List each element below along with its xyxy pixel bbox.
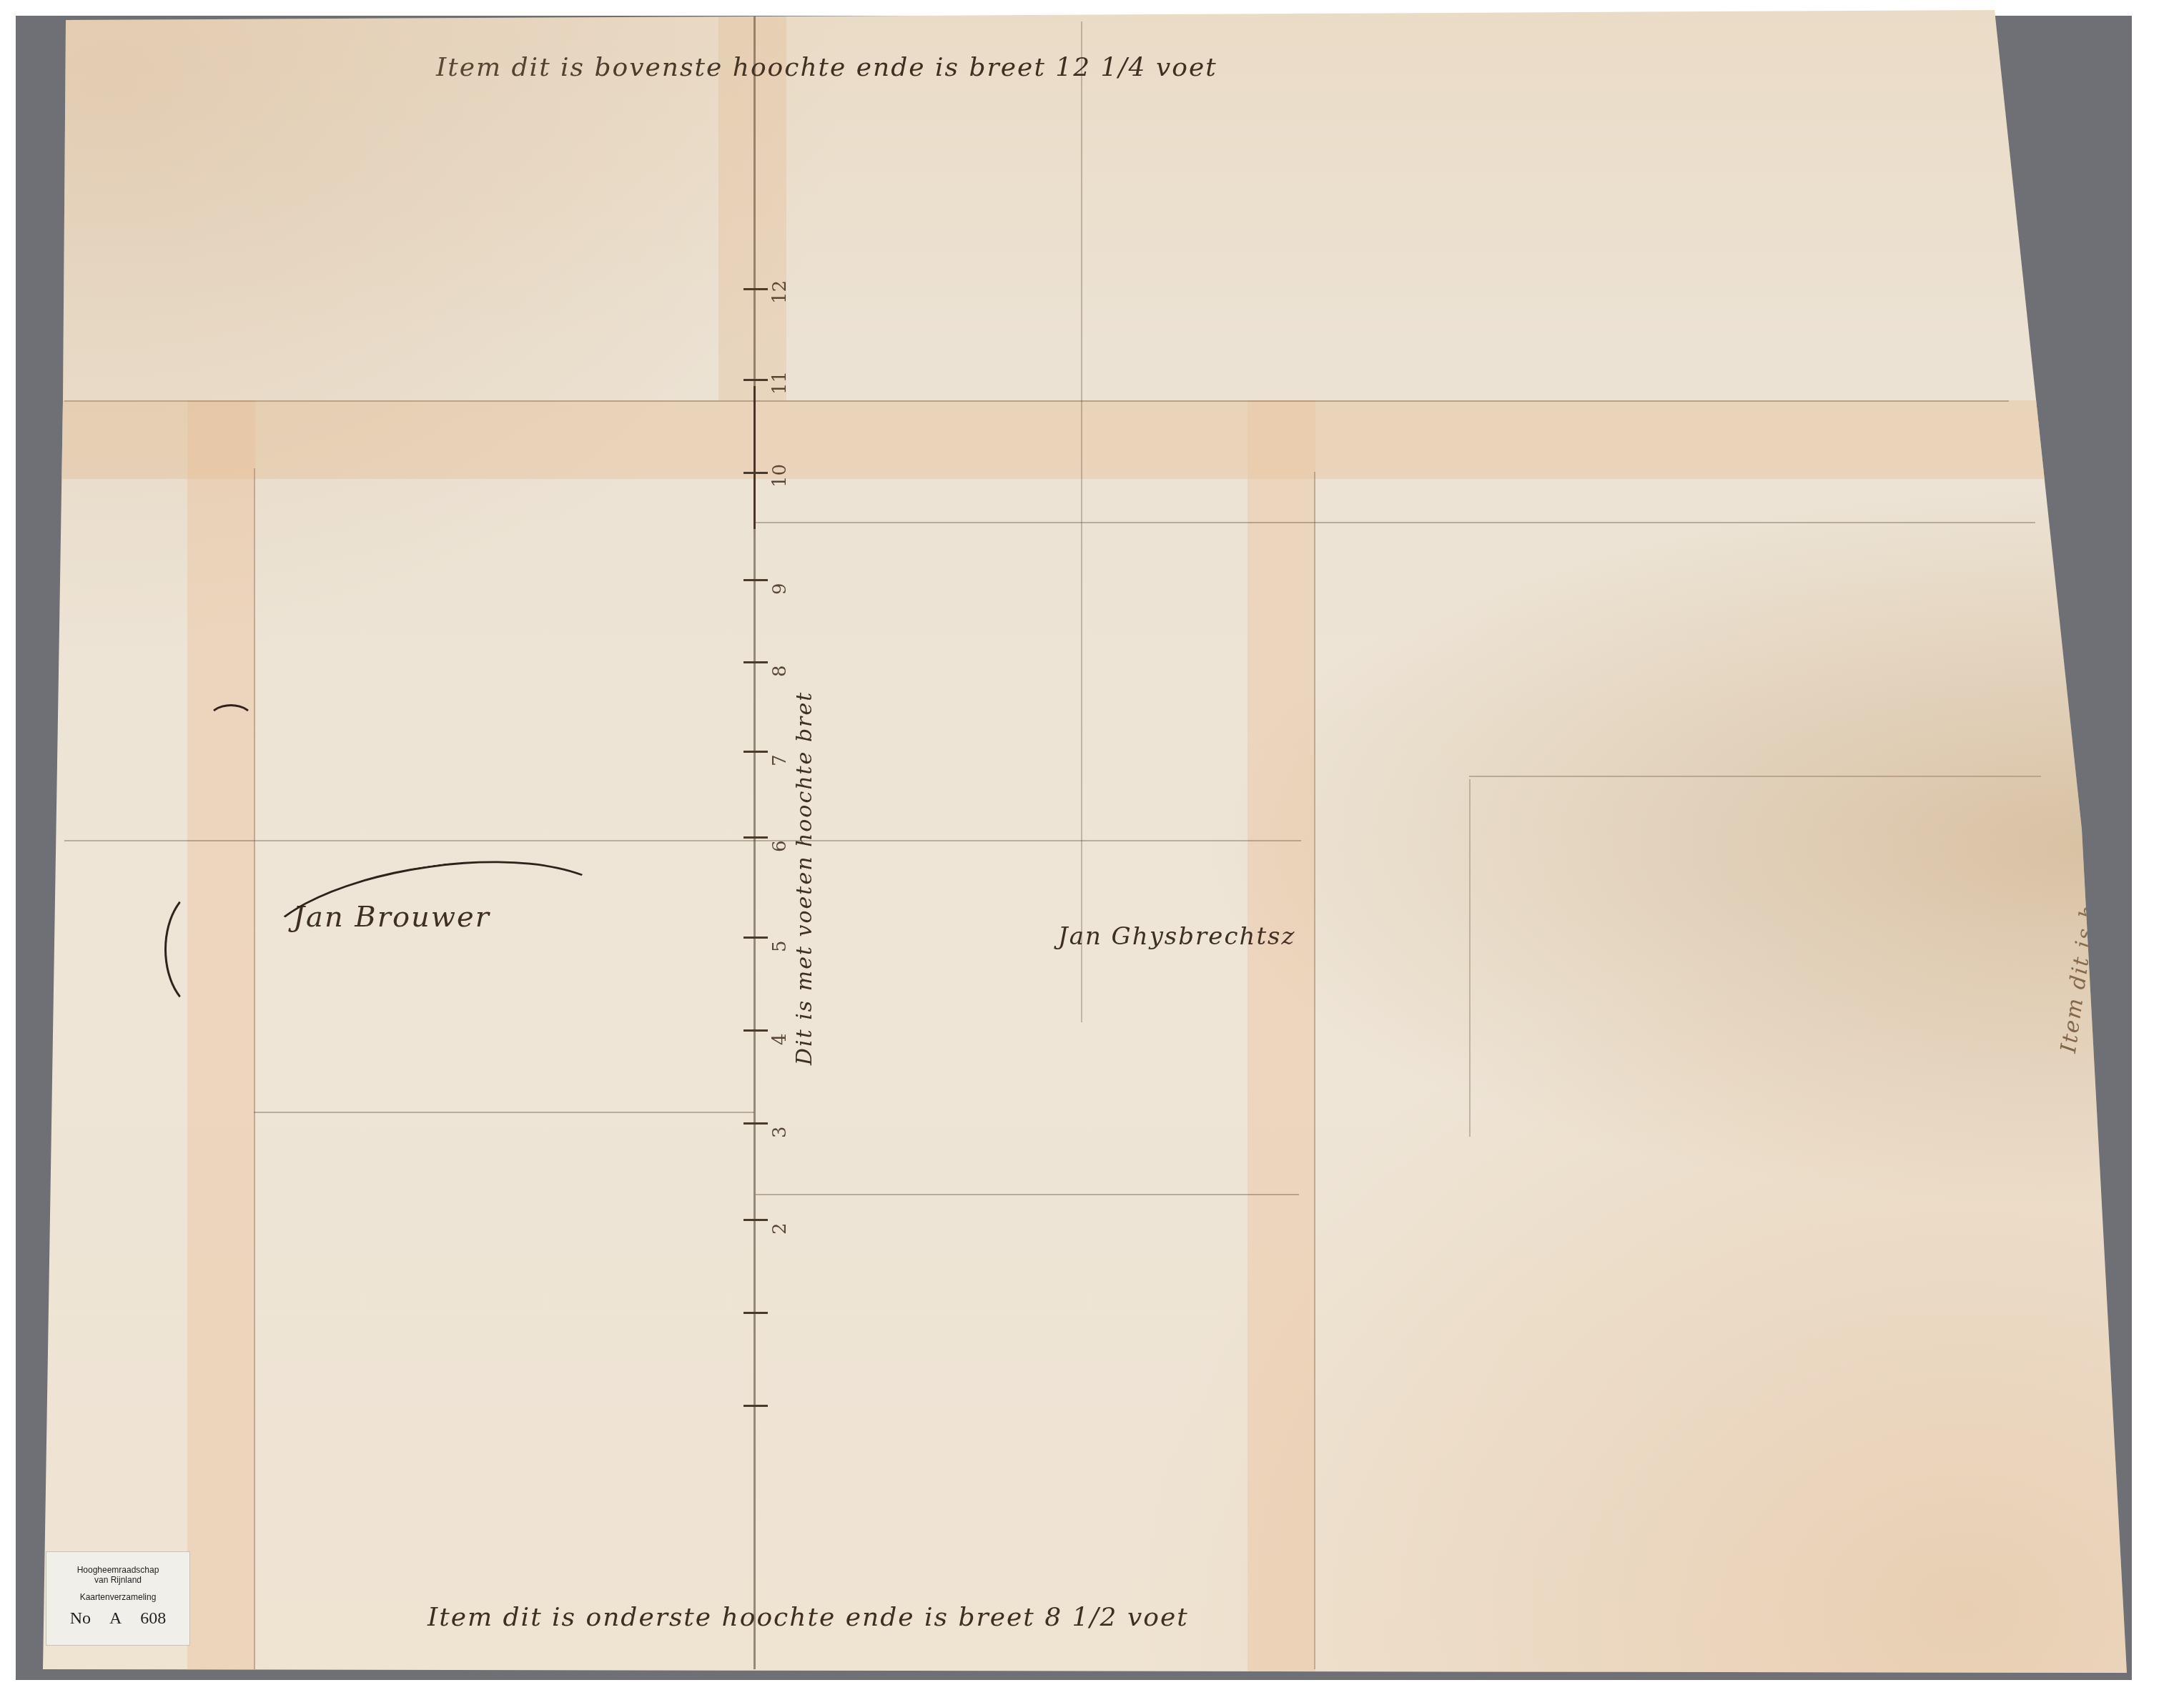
- vertical-caption: Dit is met voeten hoochte bret: [792, 691, 817, 1065]
- bottom-caption: Item dit is onderste hoochte ende is bre…: [428, 1603, 1189, 1632]
- fold-line: [1081, 21, 1082, 1022]
- scale-tick: [743, 836, 768, 839]
- fold-line: [254, 1112, 754, 1113]
- scale-line-dark-section: [753, 386, 756, 529]
- archive-label-institution: Hoogheemraadschap: [46, 1565, 189, 1575]
- scale-tick-label: 8: [769, 665, 791, 677]
- scale-tick-label: 2: [769, 1222, 791, 1235]
- scale-tick: [743, 661, 768, 663]
- archive-label: Hoogheemraadschap van Rijnland Kaartenve…: [46, 1551, 190, 1646]
- scale-tick-label: 10: [769, 464, 791, 488]
- scale-tick: [743, 1122, 768, 1125]
- signature-centre: Jan Ghysbrechtsz: [1058, 922, 1295, 951]
- scale-tick: [743, 579, 768, 581]
- scale-tick: [743, 1405, 768, 1407]
- scale-tick-label: 11: [769, 371, 791, 395]
- scale-tick: [743, 379, 768, 381]
- scale-tick: [743, 288, 768, 290]
- fold-line: [64, 400, 2009, 402]
- scale-tick-label: 7: [769, 754, 791, 766]
- repair-strip-left: [187, 400, 255, 1687]
- repair-strip-right: [1247, 400, 1315, 1687]
- fold-line: [1469, 776, 2041, 777]
- manuscript-sheet: 12 11 10 9 8 7 6 5 4 3 2 Item dit is bov…: [0, 0, 2184, 1695]
- scale-tick: [743, 1312, 768, 1314]
- scale-tick-label: 4: [769, 1033, 791, 1045]
- scale-tick: [743, 1029, 768, 1032]
- fold-line: [254, 468, 255, 1669]
- archive-label-number-prefix: No: [70, 1609, 91, 1629]
- signature-flourish: [164, 886, 247, 1012]
- scale-tick-label: 5: [769, 940, 791, 952]
- archive-label-number: 608: [140, 1609, 166, 1629]
- ink-mark: [207, 704, 255, 737]
- scale-tick: [743, 472, 768, 474]
- fold-line: [1314, 472, 1315, 1669]
- scale-tick-label: 6: [769, 840, 791, 852]
- scale-tick: [743, 937, 768, 939]
- archive-label-reference: No A 608: [46, 1609, 189, 1629]
- top-caption: Item dit is bovenste hoochte ende is bre…: [436, 53, 1217, 82]
- archive-label-region: van Rijnland: [46, 1575, 189, 1585]
- scale-line: [753, 0, 756, 1669]
- scale-tick-label: 3: [769, 1126, 791, 1138]
- archive-label-series: A: [109, 1609, 122, 1629]
- repair-strip-horizontal: [0, 400, 2184, 479]
- scale-tick: [743, 1219, 768, 1221]
- fold-line: [1469, 779, 1471, 1137]
- scale-tick-label: 12: [769, 280, 791, 304]
- fold-line: [756, 1194, 1299, 1195]
- archive-label-collection: Kaartenverzameling: [46, 1592, 189, 1602]
- fold-line: [756, 522, 2035, 523]
- scale-tick: [743, 751, 768, 753]
- scale-tick-label: 9: [769, 583, 791, 595]
- fold-line: [64, 840, 1301, 841]
- signature-flourish: [250, 841, 627, 1023]
